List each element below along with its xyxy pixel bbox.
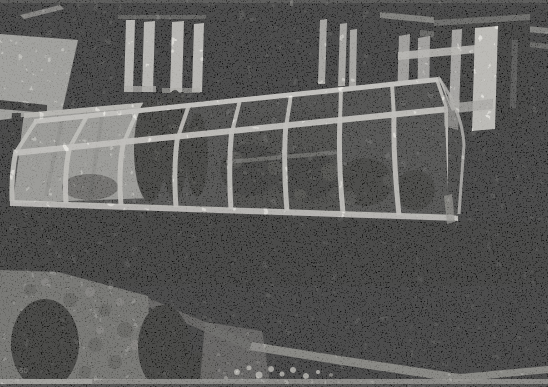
photograph: 60 — [0, 0, 548, 387]
photo-canvas: 60 — [0, 0, 548, 387]
halftone-mottle-overlay — [0, 0, 548, 387]
